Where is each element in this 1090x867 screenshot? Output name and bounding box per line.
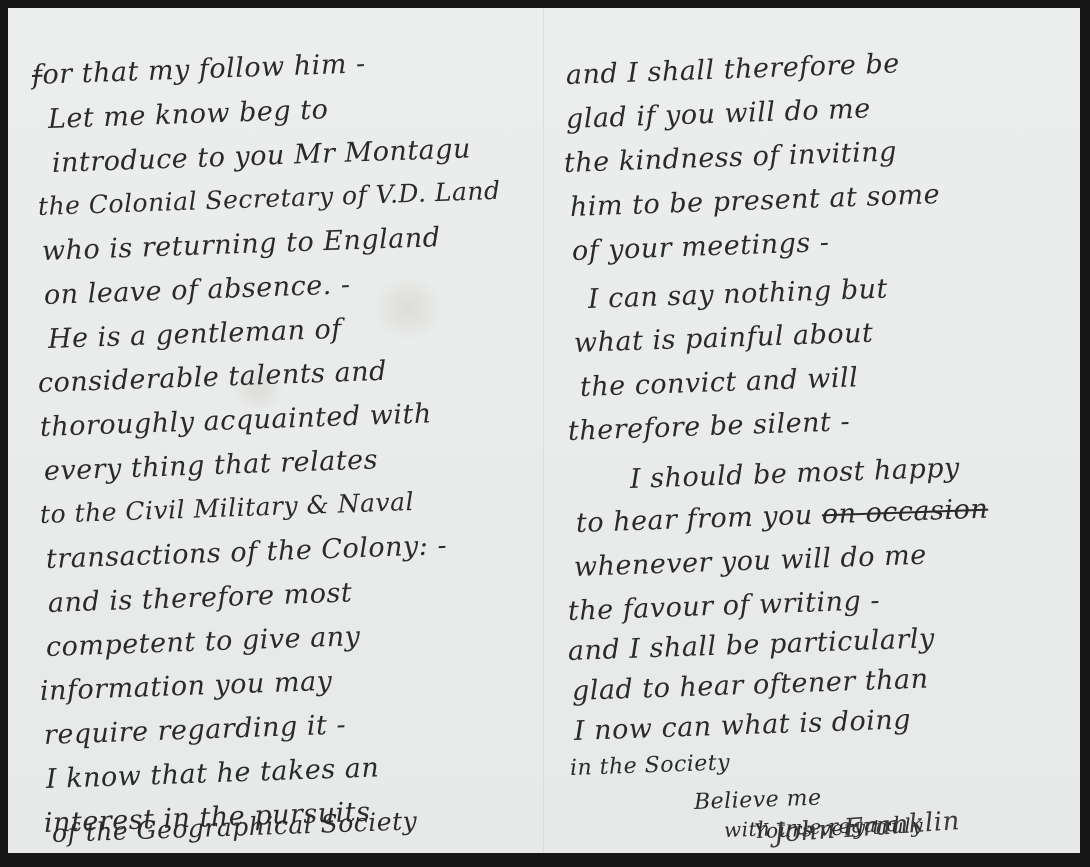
- letter-line: of your meetings -: [571, 227, 829, 267]
- letter-line: competent to give any: [45, 621, 360, 663]
- letter-line: for that my follow him -: [31, 48, 366, 91]
- signature: John Franklin: [773, 806, 961, 849]
- letter-line: considerable talents and: [37, 356, 387, 399]
- letter-line: in the Society: [570, 750, 731, 781]
- letter-line: the favour of writing -: [567, 585, 880, 627]
- paper-stain: [368, 278, 448, 338]
- left-page: for that my follow him - Let me know beg…: [8, 8, 544, 853]
- letter-line: who is returning to England: [41, 222, 441, 267]
- letter-line: the Colonial Secretary of V.D. Land: [37, 176, 500, 221]
- letter-line: introduce to you Mr Montagu: [51, 133, 471, 179]
- letter-line: what is painful about: [573, 318, 873, 359]
- letter-line: to hear from you on occasion: [575, 494, 988, 539]
- letter-line: information you may: [39, 666, 332, 707]
- letter-line: transactions of the Colony: -: [45, 530, 447, 575]
- letter-line: I should be most happy: [629, 452, 960, 494]
- letter-line: whenever you will do me: [573, 540, 927, 583]
- letter-line: I know that he takes an: [45, 752, 379, 795]
- right-page: and I shall therefore be glad if you wil…: [544, 8, 1080, 853]
- letter-line: I now can what is doing: [573, 704, 911, 747]
- letter-line: Let me know beg to: [47, 94, 328, 135]
- letter-line: thoroughly acquainted with: [39, 398, 432, 443]
- letter-line: and is therefore most: [47, 577, 352, 619]
- letter-line: the convict and will: [579, 362, 858, 403]
- letter-line: and I shall therefore be: [565, 48, 900, 91]
- letter-line: therefore be silent -: [567, 406, 850, 447]
- letter-line: the kindness of inviting: [563, 136, 897, 179]
- letter-sheet: for that my follow him - Let me know beg…: [8, 8, 1080, 853]
- letter-line: every thing that relates: [43, 444, 378, 487]
- letter-line: require regarding it -: [43, 709, 346, 751]
- letter-line: him to be present at some: [569, 179, 940, 223]
- struck-text: on occasion: [821, 494, 988, 531]
- letter-line: to the Civil Military & Naval: [39, 487, 414, 529]
- letter-line: glad to hear oftener than: [571, 664, 929, 707]
- closing-line: Believe me: [694, 786, 822, 815]
- letter-line: on leave of absence. -: [43, 269, 350, 311]
- letter-line: and I shall be particularly: [567, 623, 935, 667]
- letter-line: He is a gentleman of: [47, 314, 342, 355]
- letter-text: to hear from you on occasion: [575, 494, 988, 539]
- letter-line: I can say nothing but: [587, 274, 888, 315]
- letter-line: glad if you will do me: [565, 93, 871, 135]
